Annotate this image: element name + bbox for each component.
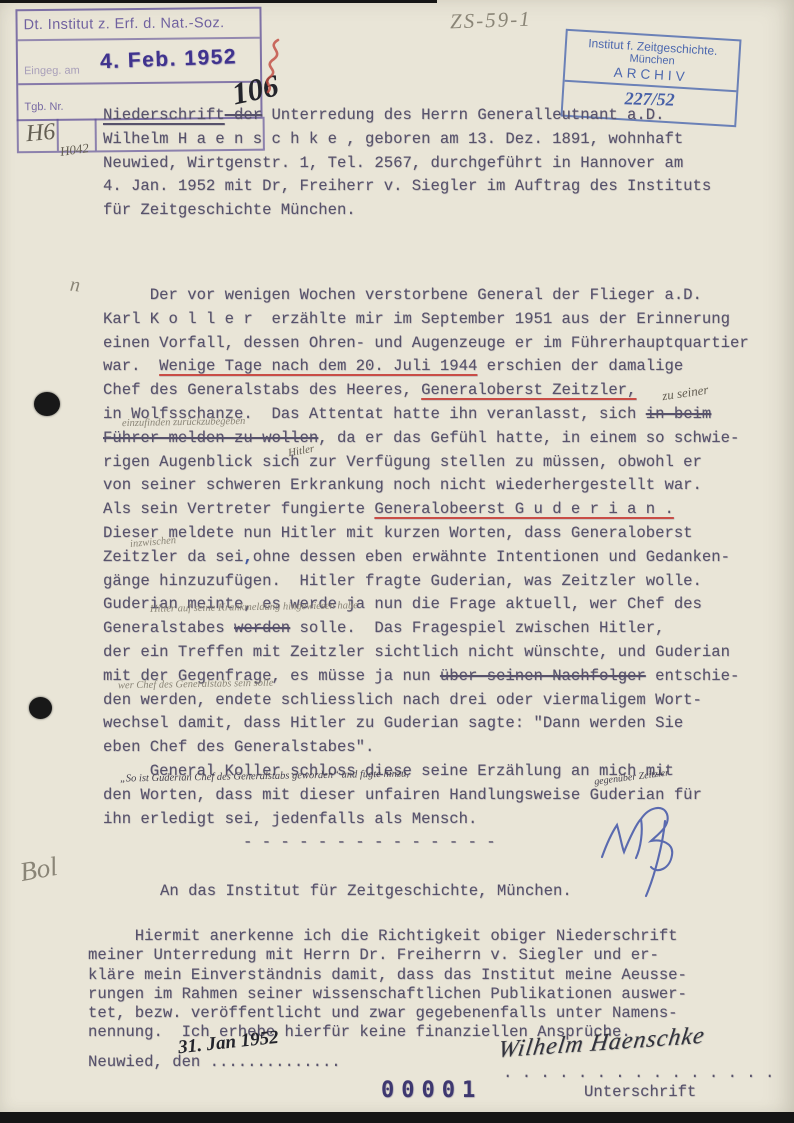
received-date-stamp: 4. Feb. 1952 [100, 45, 238, 74]
typed-line: Dieser meldete nun Hitler mit kurzen Wor… [103, 522, 749, 546]
margin-mark-top: n [69, 274, 81, 298]
typed-line: Führer melden zu wollen, da er das Gefüh… [103, 427, 749, 451]
margin-mark-bottom: Bol [18, 851, 60, 888]
institute-address-line: An das Institut für Zeitgeschichte, Münc… [160, 882, 572, 900]
typed-line: wechsel damit, dass Hitler zu Guderian s… [103, 712, 749, 736]
typed-line: Chef des Generalstabs des Heeres, Genera… [103, 379, 749, 403]
receipt-stamp-institution: Dt. Institut z. Erf. d. Nat.-Soz. [17, 9, 259, 42]
signature-dots: . . . . . . . . . . . . . . . [503, 1064, 774, 1082]
typed-line: 4. Jan. 1952 mit Dr, Freiherr v. Siegler… [103, 175, 711, 199]
siegler-paraph-signature [596, 795, 701, 899]
typed-line: Karl K o l l e r erzählte mir im Septemb… [103, 308, 749, 332]
typed-line: gänge hinzuzufügen. Hitler fragte Guderi… [103, 570, 749, 594]
typed-line: der ein Treffen mit Zeitzler sichtlich n… [103, 641, 749, 665]
separator-dashes: - - - - - - - - - - - - - - [243, 833, 496, 851]
typed-line: tet, bezw. veröffentlicht und zwar gegeb… [88, 1004, 687, 1023]
typed-line: Neuwied, Wirtgenstr. 1, Tel. 2567, durch… [103, 152, 711, 176]
typed-line: Der vor wenigen Wochen verstorbene Gener… [103, 284, 749, 308]
typed-line: von seiner schweren Erkrankung noch nich… [103, 474, 749, 498]
scan-edge-bottom [0, 1112, 794, 1123]
typed-line: rungen im Rahmen seiner wissenschaftlich… [88, 985, 687, 1004]
receipt-stamp-date-row: Eingeg. am 4. Feb. 1952 [18, 39, 260, 86]
typed-line: kläre mein Einverständnis damit, dass da… [88, 966, 687, 985]
typed-line: Generalstabes werden solle. Das Fragespi… [103, 617, 749, 641]
typed-line: meiner Unterredung mit Herrn Dr. Freiher… [88, 946, 687, 965]
archive-reference: ZS-59-1 [450, 7, 532, 35]
signature-label: Unterschrift [584, 1083, 696, 1101]
typed-line: Als sein Vertreter fungierte Generalobee… [103, 498, 749, 522]
typed-closing-block: Hiermit anerkenne ich die Richtigkeit ob… [88, 927, 687, 1043]
typed-line: war. Wenige Tage nach dem 20. Juli 1944 … [103, 355, 749, 379]
typed-line: einen Vorfall, dessen Ohren- und Augenze… [103, 332, 749, 356]
punch-hole-bottom [29, 697, 52, 719]
typed-line: Wilhelm H a e n s c h k e , geboren am 1… [103, 128, 711, 152]
pencil-note-handwritten: H042 [59, 140, 90, 160]
red-crayon-mark [248, 35, 294, 97]
page-number-stamp: 00001 [381, 1078, 482, 1103]
typed-body-block: Der vor wenigen Wochen verstorbene Gener… [103, 284, 749, 831]
scan-edge-top [0, 0, 437, 3]
typed-line: Hiermit anerkenne ich die Richtigkeit ob… [88, 927, 687, 946]
typed-line: den werden, endete schliesslich nach dre… [103, 689, 749, 713]
document-page: Dt. Institut z. Erf. d. Nat.-Soz. Eingeg… [0, 0, 794, 1123]
journal-label: Tgb. Nr. [24, 101, 63, 113]
received-label: Eingeg. am [24, 65, 80, 78]
typed-title-block: Niederschrift der Unterredung des Herrn … [103, 104, 711, 223]
typed-line: eben Chef des Generalstabes". [103, 736, 749, 760]
typed-line: Niederschrift der Unterredung des Herrn … [103, 104, 711, 128]
place-date-line: Neuwied, den .............. [88, 1053, 341, 1071]
typed-line: für Zeitgeschichte München. [103, 199, 711, 223]
cell-note-handwritten: H6 [25, 119, 57, 148]
typed-line: Zeitzler da sei,ohne dessen eben erwähnt… [103, 546, 749, 570]
typed-line: rigen Augenblick sich zur Verfügung stel… [103, 451, 749, 475]
punch-hole-top [34, 392, 60, 416]
annotation-above-fuehrer: einzufinden zurückzubegeben [122, 416, 246, 429]
